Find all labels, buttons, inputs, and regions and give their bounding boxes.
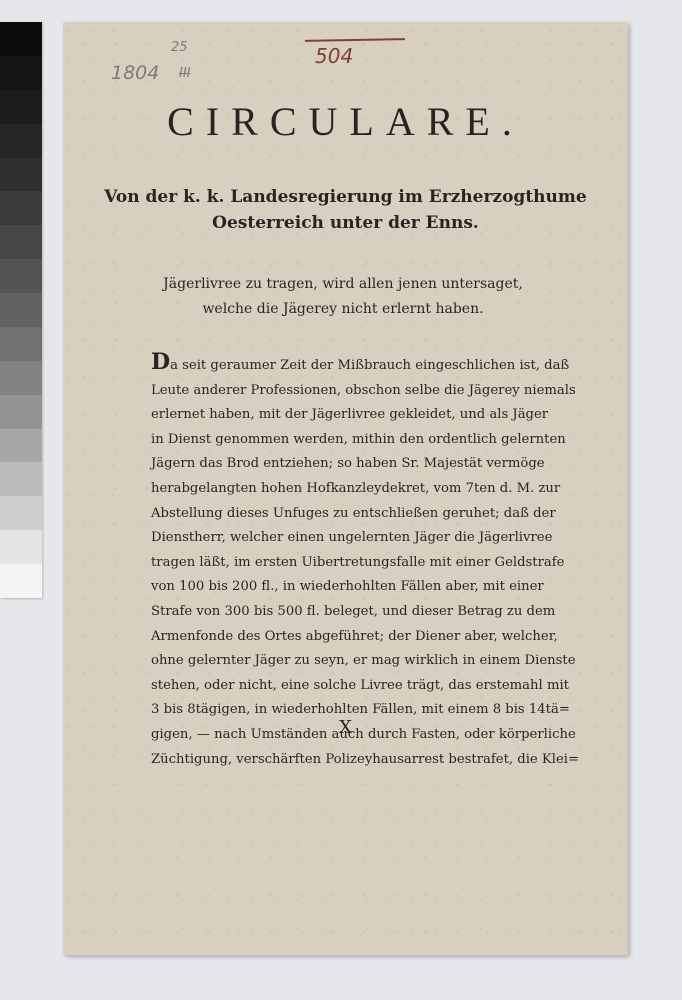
- gray-scale-patch: [0, 124, 42, 158]
- signature-mark: X: [63, 717, 628, 738]
- document-title: CIRCULARE.: [63, 98, 628, 145]
- gray-scale-patch: [0, 530, 42, 564]
- gray-scale-patch: [0, 327, 42, 361]
- body-line: erlernet haben, mit der Jägerlivree gekl…: [151, 403, 543, 428]
- gray-scale-patch: [0, 22, 42, 56]
- issuer-line: Oesterreich unter der Enns.: [63, 210, 628, 236]
- issuer-heading: Von der k. k. Landesregierung im Erzherz…: [63, 184, 628, 236]
- gray-scale-calibration-strip: [0, 22, 42, 598]
- gray-scale-patch: [0, 259, 42, 293]
- body-line: Armenfonde des Ortes abgeführet; der Die…: [151, 625, 543, 650]
- handwritten-number: 504: [315, 44, 353, 68]
- body-line: von 100 bis 200 fl., in wiederhohlten Fä…: [151, 575, 543, 600]
- handwritten-year: 1804: [111, 62, 159, 84]
- subject-heading: Jägerlivree zu tragen, wird allen jenen …: [103, 272, 583, 322]
- gray-scale-patch: [0, 293, 42, 327]
- subject-line: welche die Jägerey nicht erlernt haben.: [103, 297, 583, 322]
- body-line: Da seit geraumer Zeit der Mißbrauch eing…: [151, 350, 543, 379]
- handwritten-date-month: III: [179, 66, 191, 81]
- document-page: 1804 25 III 504 CIRCULARE. Von der k. k.…: [63, 22, 628, 955]
- body-line: Leute anderer Professionen, obschon selb…: [151, 379, 543, 404]
- body-line: Abstellung dieses Unfuges zu entschließe…: [151, 502, 543, 527]
- gray-scale-patch: [0, 462, 42, 496]
- gray-scale-patch: [0, 395, 42, 429]
- handwritten-rule: [305, 38, 405, 42]
- gray-scale-patch: [0, 361, 42, 395]
- gray-scale-patch: [0, 158, 42, 192]
- body-line: ohne gelernter Jäger zu seyn, er mag wir…: [151, 649, 543, 674]
- body-text: Da seit geraumer Zeit der Mißbrauch eing…: [151, 350, 543, 772]
- body-line: Dienstherr, welcher einen ungelernten Jä…: [151, 526, 543, 551]
- gray-scale-patch: [0, 429, 42, 463]
- gray-scale-patch: [0, 496, 42, 530]
- body-line: Züchtigung, verschärften Polizeyhausarre…: [151, 748, 543, 773]
- body-line: stehen, oder nicht, eine solche Livree t…: [151, 674, 543, 699]
- body-line: in Dienst genommen werden, mithin den or…: [151, 428, 543, 453]
- subject-line: Jägerlivree zu tragen, wird allen jenen …: [103, 272, 583, 297]
- gray-scale-patch: [0, 90, 42, 124]
- handwritten-date-day: 25: [171, 40, 188, 55]
- gray-scale-patch: [0, 225, 42, 259]
- issuer-line: Von der k. k. Landesregierung im Erzherz…: [63, 184, 628, 210]
- body-line: Strafe von 300 bis 500 fl. beleget, und …: [151, 600, 543, 625]
- body-line: herabgelangten hohen Hofkanzleydekret, v…: [151, 477, 543, 502]
- gray-scale-patch: [0, 56, 42, 90]
- drop-initial: D: [151, 349, 170, 375]
- gray-scale-patch: [0, 564, 42, 598]
- gray-scale-patch: [0, 191, 42, 225]
- body-line: Jägern das Brod entziehen; so haben Sr. …: [151, 452, 543, 477]
- body-line: tragen läßt, im ersten Uibertretungsfall…: [151, 551, 543, 576]
